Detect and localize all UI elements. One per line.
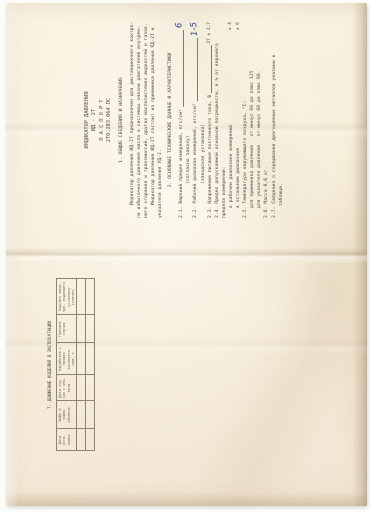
- main-text-column: ИНДИКАТОР ДАВЛЕНИЯ ИД - 2Т П А С П О Р Т…: [84, 22, 285, 218]
- typed-value: 27 ± 2,7: [208, 22, 213, 44]
- section-7-heading: 7. ДВИЖЕНИЕ ИЗДЕЛИЯ В ЭКСПЛУАТАЦИИ: [48, 276, 53, 454]
- section-1-heading: 1. ОБЩИЕ СВЕДЕНИЯ И НАЗНАЧЕНИЕ: [118, 22, 125, 218]
- paragraph-line: Индикатор давления ИД-2Т предназначен дл…: [129, 22, 136, 218]
- spec-line-precious-metals: 2.7. Сведения о содержании драгоценных м…: [271, 22, 278, 218]
- spec-text: таблице.: [278, 183, 285, 206]
- spec-text: для приемника давления от минус 60 до пл…: [249, 70, 256, 208]
- spec-line-error-rest: в остальном диапазоне ± 6: [235, 22, 242, 218]
- spec-text: 2.2. Рабочий диапазон измерений, кгс/см²: [192, 103, 199, 218]
- spec-line-temperature: 2.5. Температура окружающего воздуха, °С…: [242, 22, 249, 218]
- spec-text: для указателя давления от минус 60 до пл…: [256, 70, 263, 208]
- spec-line-temp-indicator: для указателя давления от минус 60 до пл…: [256, 22, 263, 218]
- movement-section: 7. ДВИЖЕНИЕ ИЗДЕЛИЯ В ЭКСПЛУАТАЦИИ Дата …: [48, 276, 95, 454]
- fill-line: [197, 38, 198, 101]
- spec-line-supply-voltage: 2.3. Напряжение питания постоянного тока…: [207, 22, 214, 218]
- column-header-removal-reason: Причина снятия: [57, 315, 77, 343]
- spec-text: 2.4. Предел допускаемой основной погрешн…: [214, 43, 221, 218]
- handwritten-value: 1-5: [191, 22, 198, 37]
- typed-value: ± 4: [229, 22, 234, 30]
- spec-line-error-limit: 2.4. Предел допускаемой основной погрешн…: [214, 22, 221, 218]
- column-header-install-date: Дата уста- новки: [57, 429, 77, 451]
- fill-line: [211, 46, 212, 93]
- column-header-operating-hours: Наработка с начала эксплуата- ции, ч: [57, 343, 77, 375]
- rotated-document-content: 7. ДВИЖЕНИЕ ИЗДЕЛИЯ В ЭКСПЛУАТАЦИИ Дата …: [0, 0, 370, 512]
- table-row: [86, 279, 95, 451]
- paragraph-line: него сгорания и трансмиссий, других масл…: [143, 22, 150, 218]
- spec-line-upper-limit: 2.1. Верхний предел измерений, кгс/см² 6: [178, 22, 185, 218]
- spec-text: в остальном диапазоне: [235, 148, 242, 208]
- spec-text: 2.7. Сведения о содержании драгоценных м…: [271, 55, 278, 218]
- spec-line-temp-sensor: для приемника давления от минус 60 до пл…: [249, 22, 256, 218]
- paragraph-line: указателя давления УД-2.: [157, 22, 164, 218]
- spec-text: 2.5. Температура окружающего воздуха, °С…: [242, 101, 249, 219]
- section-2-heading: 2. ОСНОВНЫЕ ТЕХНИЧЕСКИЕ ДАННЫЕ И ХАРАКТЕ…: [167, 22, 174, 218]
- spec-line-precious-metals-cont: таблице.: [278, 22, 285, 218]
- spec-text: (согласно заказу): [185, 135, 192, 184]
- spec-note: (согласно заказу): [185, 22, 192, 218]
- spec-line-error-limit-cont: предела измерений:: [221, 22, 228, 218]
- movement-table: Дата уста- новки Шифр и номер объекта Да…: [56, 279, 95, 452]
- spec-line-working-range: 2.2. Рабочий диапазон измерений, кгс/см²…: [192, 22, 199, 218]
- spec-line-mass: 2.6. Масса 0,6 кг.: [263, 22, 270, 218]
- movement-table-header-row: Дата уста- новки Шифр и номер объекта Да…: [57, 279, 77, 451]
- handwritten-value: 6: [177, 22, 183, 28]
- spec-text: 2.6. Масса 0,6 кг.: [263, 166, 270, 218]
- scanned-document-page: 7. ДВИЖЕНИЕ ИЗДЕЛИЯ В ЭКСПЛУАТАЦИИ Дата …: [0, 0, 370, 512]
- typed-value: ± 6: [237, 22, 242, 30]
- spec-items: 2.1. Верхний предел измерений, кгс/см² 6…: [178, 22, 284, 218]
- paragraph-line: ля избыточного давления масла в системах…: [136, 22, 143, 218]
- table-row: [77, 279, 86, 451]
- paragraph-line: Индикатор давления ИД-2Т состоит из прие…: [150, 22, 157, 218]
- document-number: 2Т0.283.064 ПС: [106, 22, 113, 218]
- device-model: ИД - 2Т: [91, 22, 98, 218]
- title-block: ИНДИКАТОР ДАВЛЕНИЯ ИД - 2Т П А С П О Р Т…: [84, 22, 114, 218]
- spec-text: 2.1. Верхний предел измерений, кгс/см²: [178, 109, 185, 218]
- column-header-object-code: Шифр и номер объекта: [57, 401, 77, 429]
- column-header-removal-date: Дата сня- тия с объ- екта: [57, 375, 77, 401]
- spec-text: 2.3. Напряжение питания постоянного тока…: [207, 95, 214, 218]
- spec-note: (заводская установка): [200, 22, 207, 218]
- spec-text: (заводская установка): [200, 124, 207, 184]
- spec-line-error-working: в рабочем диапазоне измерений ± 4: [228, 22, 235, 218]
- spec-text: в рабочем диапазоне измерений: [228, 125, 235, 208]
- column-header-signature: Подпись лица, про- водившего установку (…: [57, 279, 77, 315]
- fill-line: [183, 30, 184, 108]
- section-1-paragraph: Индикатор давления ИД-2Т предназначен дл…: [129, 22, 164, 218]
- spec-text: предела измерений:: [221, 166, 228, 218]
